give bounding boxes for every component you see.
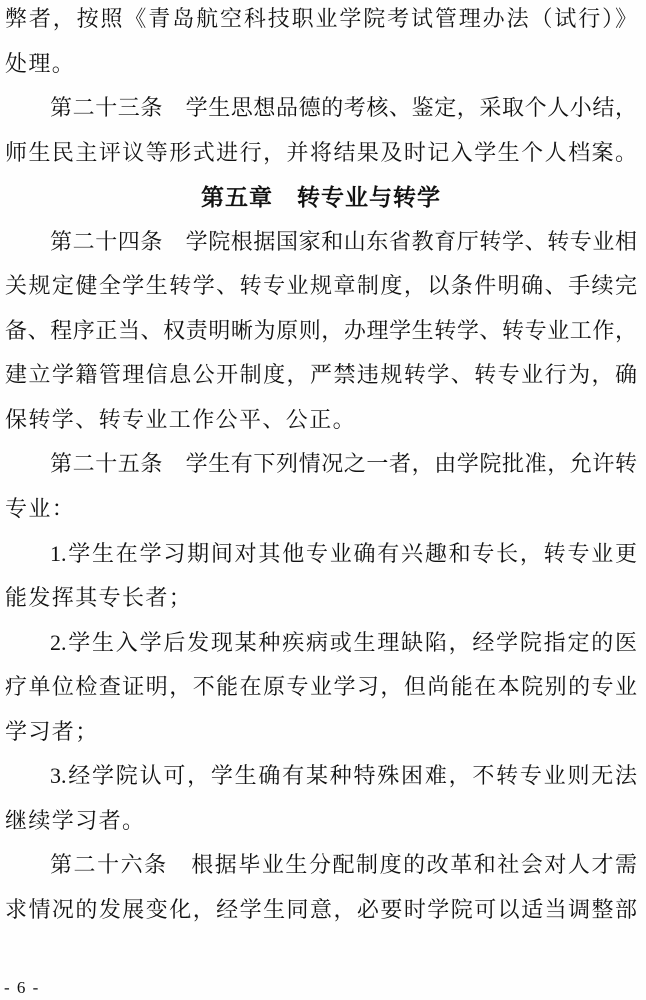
paragraph: 第二十五条 学生有下列情况之一者，由学院批准，允许转 专业： bbox=[5, 442, 637, 531]
body-line: 第二十三条 学生思想品德的考核、鉴定，采取个人小结， bbox=[5, 86, 637, 131]
body-line: 2.学生入学后发现某种疾病或生理缺陷，经学院指定的医 bbox=[5, 621, 637, 666]
list-item: 1.学生在学习期间对其他专业确有兴趣和专长，转专业更 能发挥其专长者； bbox=[5, 532, 637, 621]
body-line: 能发挥其专长者； bbox=[5, 576, 637, 621]
page-number: - 6 - bbox=[4, 978, 40, 998]
chapter-heading: 第五章 转专业与转学 bbox=[5, 175, 637, 220]
paragraph: 第二十三条 学生思想品德的考核、鉴定，采取个人小结， 师生民主评议等形式进行，并… bbox=[5, 86, 637, 175]
document-page: 弊者，按照《青岛航空科技职业学院考试管理办法（试行）》 处理。 第二十三条 学生… bbox=[0, 0, 646, 1000]
paragraph: 第二十六条 根据毕业生分配制度的改革和社会对人才需 求情况的发展变化，经学生同意… bbox=[5, 843, 637, 932]
body-line: 3.经学院认可，学生确有某种特殊困难，不转专业则无法 bbox=[5, 754, 637, 799]
text-block: 弊者，按照《青岛航空科技职业学院考试管理办法（试行）》 处理。 第二十三条 学生… bbox=[5, 0, 637, 932]
list-item: 3.经学院认可，学生确有某种特殊困难，不转专业则无法 继续学习者。 bbox=[5, 754, 637, 843]
body-line: 第二十六条 根据毕业生分配制度的改革和社会对人才需 bbox=[5, 843, 637, 888]
body-line: 1.学生在学习期间对其他专业确有兴趣和专长，转专业更 bbox=[5, 532, 637, 577]
list-item: 2.学生入学后发现某种疾病或生理缺陷，经学院指定的医 疗单位检查证明，不能在原专… bbox=[5, 621, 637, 755]
body-line: 处理。 bbox=[5, 42, 637, 87]
body-line: 第二十四条 学院根据国家和山东省教育厅转学、转专业相 bbox=[5, 220, 637, 265]
body-line: 求情况的发展变化，经学生同意，必要时学院可以适当调整部 bbox=[5, 888, 637, 933]
body-line: 专业： bbox=[5, 487, 637, 532]
paragraph: 弊者，按照《青岛航空科技职业学院考试管理办法（试行）》 处理。 bbox=[5, 0, 637, 86]
body-line: 保转学、转专业工作公平、公正。 bbox=[5, 398, 637, 443]
body-line: 第二十五条 学生有下列情况之一者，由学院批准，允许转 bbox=[5, 442, 637, 487]
chapter-heading-block: 第五章 转专业与转学 bbox=[5, 175, 637, 220]
body-line: 关规定健全学生转学、转专业规章制度，以条件明确、手续完 bbox=[5, 264, 637, 309]
body-line: 师生民主评议等形式进行，并将结果及时记入学生个人档案。 bbox=[5, 131, 637, 176]
paragraph: 第二十四条 学院根据国家和山东省教育厅转学、转专业相 关规定健全学生转学、转专业… bbox=[5, 220, 637, 443]
body-line: 继续学习者。 bbox=[5, 799, 637, 844]
body-line: 疗单位检查证明，不能在原专业学习，但尚能在本院别的专业 bbox=[5, 665, 637, 710]
body-line: 弊者，按照《青岛航空科技职业学院考试管理办法（试行）》 bbox=[5, 0, 637, 42]
body-line: 学习者； bbox=[5, 710, 637, 755]
body-line: 备、程序正当、权责明晰为原则，办理学生转学、转专业工作， bbox=[5, 309, 637, 354]
body-line: 建立学籍管理信息公开制度，严禁违规转学、转专业行为，确 bbox=[5, 353, 637, 398]
